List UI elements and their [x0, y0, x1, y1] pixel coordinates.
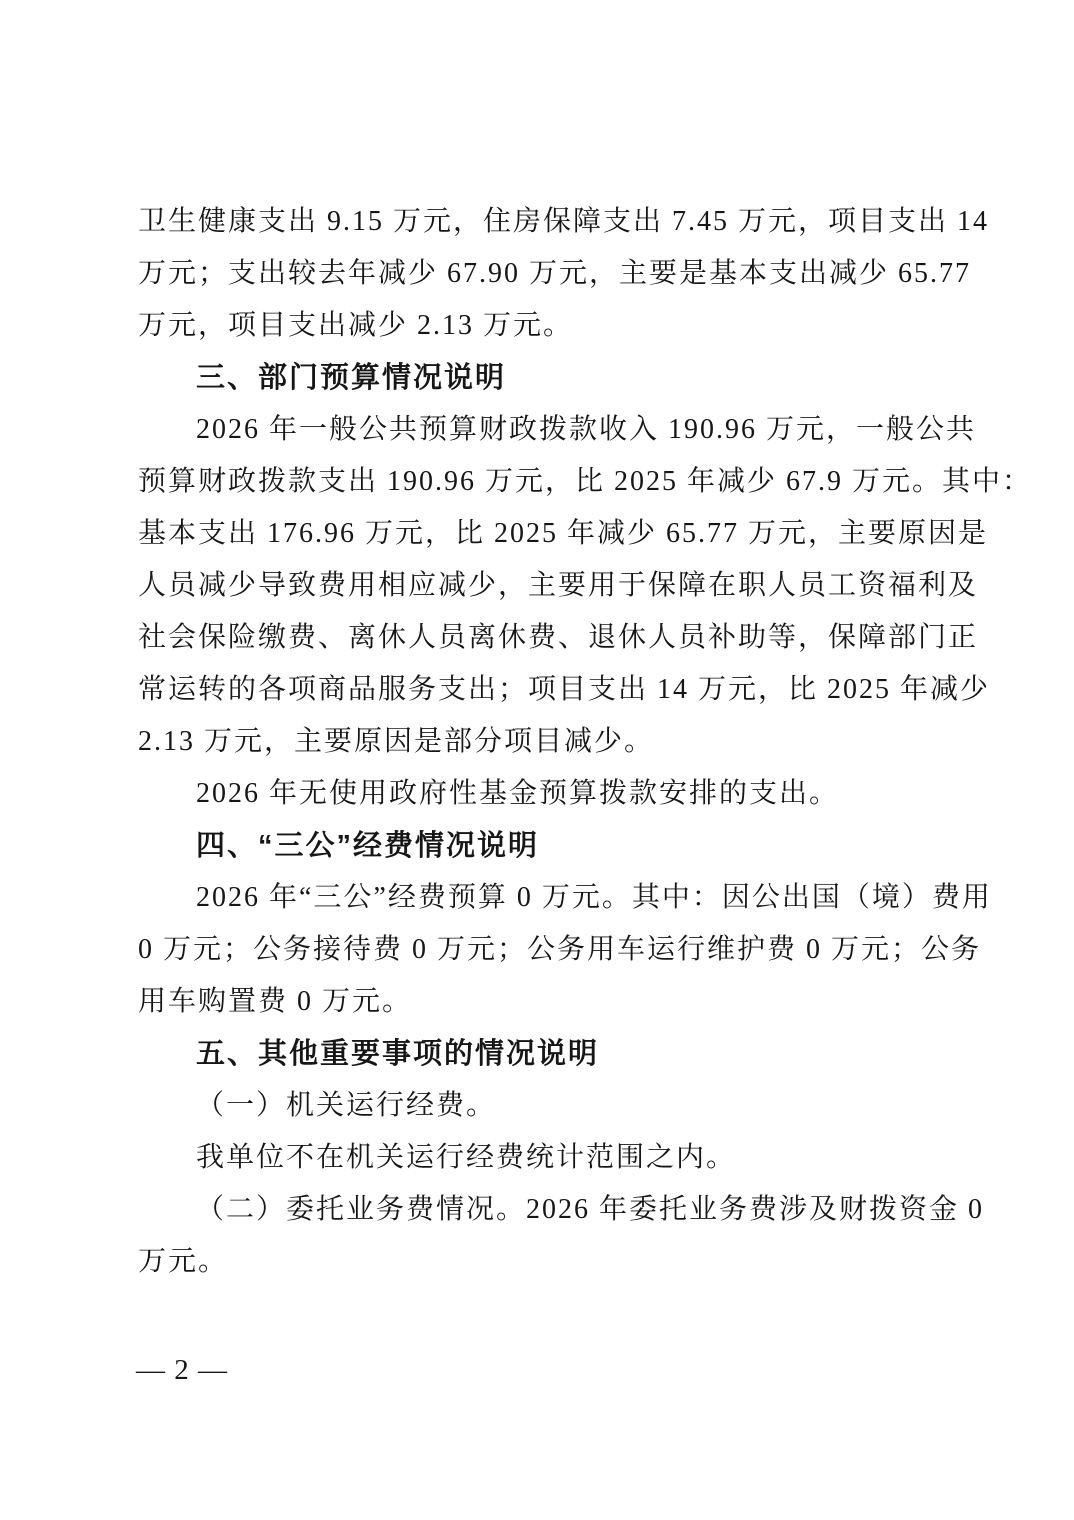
- text-line: 2026 年“三公”经费预算 0 万元。其中：因公出国（境）费用: [138, 872, 950, 924]
- document-body: 卫生健康支出 9.15 万元，住房保障支出 7.45 万元，项目支出 14 万元…: [138, 196, 950, 1288]
- section-heading: 五、其他重要事项的情况说明: [138, 1028, 950, 1080]
- text-line: （一）机关运行经费。: [138, 1080, 950, 1132]
- text-line: 人员减少导致费用相应减少，主要用于保障在职人员工资福利及: [138, 560, 950, 612]
- text-line: （二）委托业务费情况。2026 年委托业务费涉及财拨资金 0: [138, 1184, 950, 1236]
- text-line: 预算财政拨款支出 190.96 万元，比 2025 年减少 67.9 万元。其中…: [138, 456, 950, 508]
- text-line: 基本支出 176.96 万元，比 2025 年减少 65.77 万元，主要原因是: [138, 508, 950, 560]
- text-line: 0 万元；公务接待费 0 万元；公务用车运行维护费 0 万元；公务: [138, 924, 950, 976]
- text-line: 社会保险缴费、离休人员离休费、退休人员补助等，保障部门正: [138, 612, 950, 664]
- page-number: — 2 —: [136, 1344, 228, 1396]
- document-page: 卫生健康支出 9.15 万元，住房保障支出 7.45 万元，项目支出 14 万元…: [0, 0, 1074, 1520]
- text-line: 用车购置费 0 万元。: [138, 976, 950, 1028]
- text-line: 万元。: [138, 1236, 950, 1288]
- text-line: 卫生健康支出 9.15 万元，住房保障支出 7.45 万元，项目支出 14: [138, 196, 950, 248]
- text-line: 2.13 万元，主要原因是部分项目减少。: [138, 716, 950, 768]
- text-line: 万元；支出较去年减少 67.90 万元，主要是基本支出减少 65.77: [138, 248, 950, 300]
- section-heading: 三、部门预算情况说明: [138, 352, 950, 404]
- text-line: 常运转的各项商品服务支出；项目支出 14 万元，比 2025 年减少: [138, 664, 950, 716]
- text-line: 2026 年一般公共预算财政拨款收入 190.96 万元，一般公共: [138, 404, 950, 456]
- text-line: 我单位不在机关运行经费统计范围之内。: [138, 1132, 950, 1184]
- text-line: 2026 年无使用政府性基金预算拨款安排的支出。: [138, 768, 950, 820]
- section-heading: 四、“三公”经费情况说明: [138, 820, 950, 872]
- text-line: 万元，项目支出减少 2.13 万元。: [138, 300, 950, 352]
